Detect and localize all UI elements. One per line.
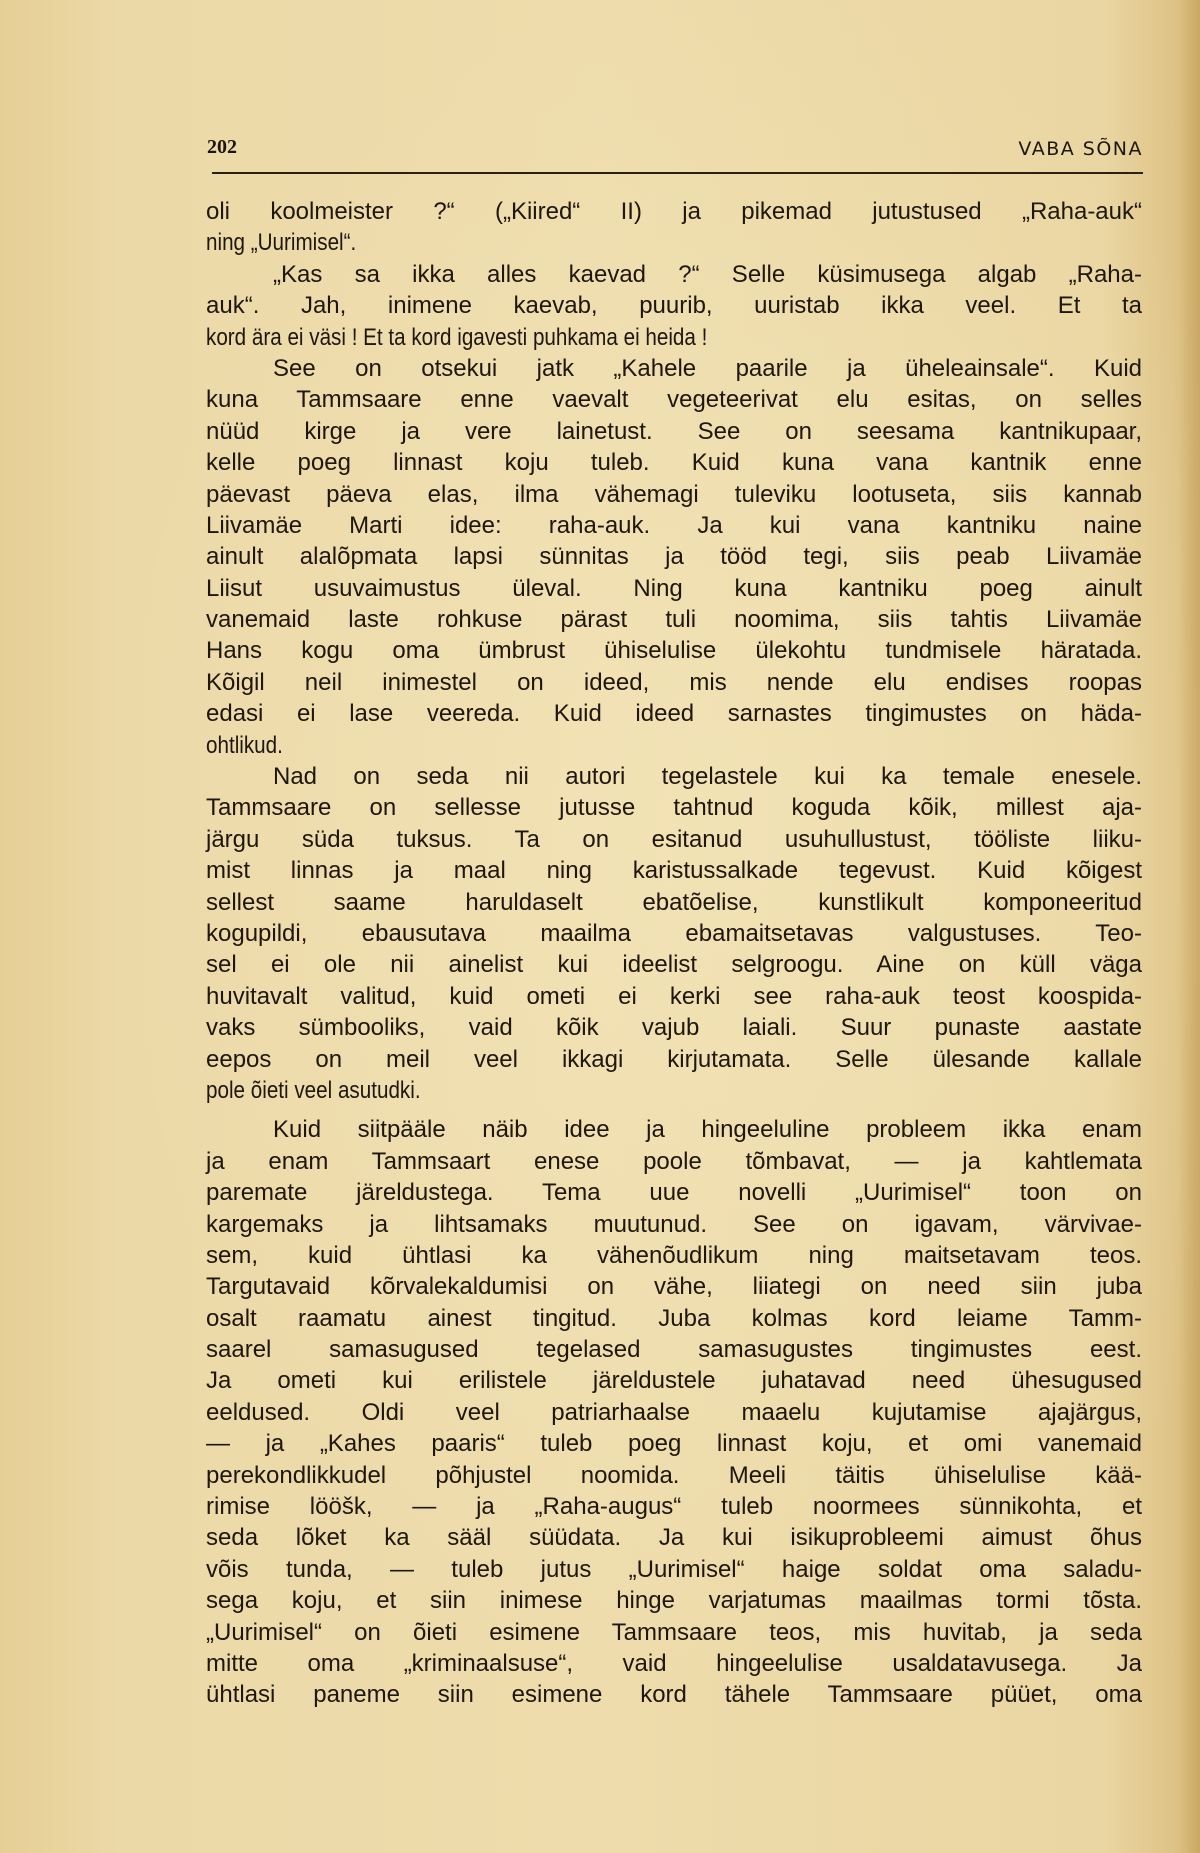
text-line: oli koolmeister ?“ („Kiired“ II) ja pike…	[206, 196, 1142, 227]
text-line: huvitavalt valitud, kuid ometi ei kerki …	[206, 981, 1142, 1012]
text-line: ja enam Tammsaart enese poole tõmbavat, …	[206, 1146, 1142, 1177]
text-line: ohtlikud.	[206, 730, 1142, 761]
article-body: oli koolmeister ?“ („Kiired“ II) ja pike…	[206, 196, 1142, 1711]
journal-title: VABA SÕNA	[1018, 138, 1143, 160]
paragraph: Kuid siitpääle näib idee ja hingeeluline…	[206, 1114, 1142, 1710]
text-line: eeldused. Oldi veel patriarhaalse maaelu…	[206, 1397, 1142, 1428]
running-header: 202 VABA SÕNA	[207, 132, 1143, 172]
page-edge-shadow	[1178, 0, 1200, 1853]
text-line: seda lõket ka sääl süüdata. Ja kui isiku…	[206, 1522, 1142, 1553]
text-line: eepos on meil veel ikkagi kirjutamata. S…	[206, 1044, 1142, 1075]
text-line: nüüd kirge ja vere lainetust. See on see…	[206, 416, 1142, 447]
text-line: rimise lööšk, — ja „Raha-augus“ tuleb no…	[206, 1491, 1142, 1522]
text-line: sel ei ole nii ainelist kui ideelist sel…	[206, 949, 1142, 980]
text-line: Liisut usuvaimustus üleval. Ning kuna ka…	[206, 573, 1142, 604]
text-line: kargemaks ja lihtsamaks muutunud. See on…	[206, 1209, 1142, 1240]
text-line: edasi ei lase veereda. Kuid ideed sarnas…	[206, 698, 1142, 729]
page-number: 202	[207, 136, 237, 159]
text-line: Hans kogu oma ümbrust ühiselulise ülekoh…	[206, 635, 1142, 666]
text-line: paremate järeldustega. Tema uue novelli …	[206, 1177, 1142, 1208]
header-rule	[212, 172, 1143, 174]
text-line: perekondlikkudel põhjustel noomida. Meel…	[206, 1460, 1142, 1491]
text-line: ühtlasi paneme siin esimene kord tähele …	[206, 1679, 1142, 1710]
text-line: Liivamäe Marti idee: raha-auk. Ja kui va…	[206, 510, 1142, 541]
text-line: sem, kuid ühtlasi ka vähenõudlikum ning …	[206, 1240, 1142, 1271]
text-line: kuna Tammsaare enne vaevalt vegeteerivat…	[206, 384, 1142, 415]
text-line: ning „Uurimisel“.	[206, 227, 1142, 258]
text-line: kelle poeg linnast koju tuleb. Kuid kuna…	[206, 447, 1142, 478]
text-line: Nad on seda nii autori tegelastele kui k…	[206, 761, 1142, 792]
text-line: Targutavaid kõrvalekaldumisi on vähe, li…	[206, 1271, 1142, 1302]
text-line: vaks sümbooliks, vaid kõik vajub laiali.…	[206, 1012, 1142, 1043]
paragraph: See on otsekui jatk „Kahele paarile ja ü…	[206, 353, 1142, 761]
text-line: — ja „Kahes paaris“ tuleb poeg linnast k…	[206, 1428, 1142, 1459]
text-line: „Kas sa ikka alles kaevad ?“ Selle küsim…	[206, 259, 1142, 290]
text-line: kogupildi, ebausutava maailma ebamaitset…	[206, 918, 1142, 949]
text-line: järgu süda tuksus. Ta on esitanud usuhul…	[206, 824, 1142, 855]
paragraph: oli koolmeister ?“ („Kiired“ II) ja pike…	[206, 196, 1142, 259]
paragraph: „Kas sa ikka alles kaevad ?“ Selle küsim…	[206, 259, 1142, 353]
text-line: Ja ometi kui erilistele järeldustele juh…	[206, 1365, 1142, 1396]
text-line: osalt raamatu ainest tingitud. Juba kolm…	[206, 1303, 1142, 1334]
text-line: mist linnas ja maal ning karistussalkade…	[206, 855, 1142, 886]
text-line: Tammsaare on sellesse jutusse tahtnud ko…	[206, 792, 1142, 823]
paragraph-gap	[206, 1106, 1142, 1114]
scanned-page: 202 VABA SÕNA oli koolmeister ?“ („Kiire…	[0, 0, 1200, 1853]
text-line: vanemaid laste rohkuse pärast tuli noomi…	[206, 604, 1142, 635]
text-line: auk“. Jah, inimene kaevab, puurib, uuris…	[206, 290, 1142, 321]
text-line: ainult alalõpmata lapsi sünnitas ja tööd…	[206, 541, 1142, 572]
text-line: Kuid siitpääle näib idee ja hingeeluline…	[206, 1114, 1142, 1145]
text-line: võis tunda, — tuleb jutus „Uurimisel“ ha…	[206, 1554, 1142, 1585]
text-line: sellest saame haruldaselt ebatõelise, ku…	[206, 887, 1142, 918]
text-line: pole õieti veel asutudki.	[206, 1075, 1142, 1106]
text-line: mitte oma „kriminaalsuse“, vaid hingeelu…	[206, 1648, 1142, 1679]
text-line: kord ära ei väsi ! Et ta kord igavesti p…	[206, 322, 1142, 353]
text-line: Kõigil neil inimestel on ideed, mis nend…	[206, 667, 1142, 698]
paragraph: Nad on seda nii autori tegelastele kui k…	[206, 761, 1142, 1106]
text-line: päevast päeva elas, ilma vähemagi tulevi…	[206, 479, 1142, 510]
text-line: sega koju, et siin inimese hinge varjatu…	[206, 1585, 1142, 1616]
text-line: See on otsekui jatk „Kahele paarile ja ü…	[206, 353, 1142, 384]
text-line: „Uurimisel“ on õieti esimene Tammsaare t…	[206, 1617, 1142, 1648]
text-line: saarel samasugused tegelased samasuguste…	[206, 1334, 1142, 1365]
